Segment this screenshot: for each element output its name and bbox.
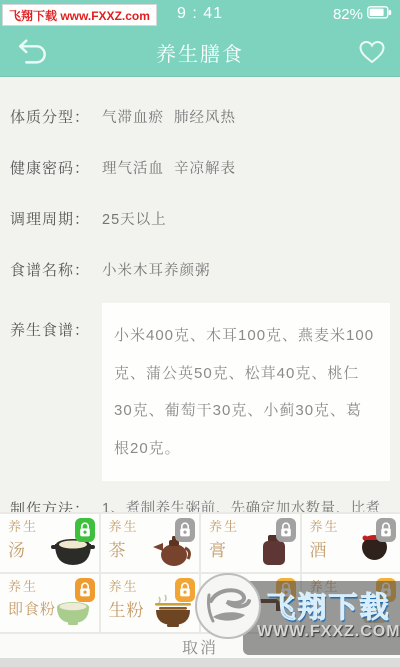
field-value: 气滞血瘀 肺经风热 — [102, 106, 236, 127]
tile-prefix: 养生 — [209, 580, 239, 593]
field-row-cycle: 调理周期： 25天以上 — [10, 193, 390, 244]
tile-prefix: 养生 — [310, 580, 340, 593]
ingredients-textbox[interactable]: 小米400克、木耳100克、燕麦米100克、蒲公英50克、松茸40克、桃仁30克… — [102, 303, 390, 481]
status-time: 9 : 41 — [177, 5, 223, 23]
tile-prefix: 养生 — [109, 520, 139, 533]
page-title: 养生膳食 — [156, 38, 244, 67]
unlock-badge — [75, 518, 95, 542]
cancel-button[interactable]: 取消 — [0, 634, 400, 658]
tile-name: 汤 — [8, 542, 38, 559]
back-button[interactable] — [14, 36, 48, 68]
field-label: 食谱名称： — [10, 259, 102, 280]
field-label: 健康密码： — [10, 157, 102, 178]
lock-badge — [175, 518, 195, 542]
field-row-ingredients: 养生食谱： 小米400克、木耳100克、燕麦米100克、蒲公英50克、松茸40克… — [10, 303, 390, 481]
tile-prefix: 养生 — [310, 520, 340, 533]
sheet-bottom-strip — [0, 658, 400, 667]
field-value: 小米木耳养颜粥 — [102, 259, 211, 280]
tile-obscured-2[interactable]: 养生 — [302, 574, 400, 632]
tile-text: 养生 茶 — [109, 520, 139, 559]
heart-icon — [356, 55, 388, 72]
tile-name: 膏 — [209, 542, 239, 559]
field-value: 理气活血 辛凉解表 — [102, 157, 236, 178]
field-value: 25天以上 — [102, 208, 167, 229]
tile-paste[interactable]: 养生 膏 — [201, 514, 300, 572]
tile-text: 养生 汤 — [8, 520, 38, 559]
field-row-health-code: 健康密码： 理气活血 辛凉解表 — [10, 142, 390, 193]
status-bar: 飞翔下载 www.FXXZ.com 9 : 41 82% — [0, 0, 400, 28]
lock-badge — [276, 518, 296, 542]
tile-wine[interactable]: 养生 酒 — [302, 514, 400, 572]
field-label: 体质分型： — [10, 106, 102, 127]
battery-percent: 82% — [333, 6, 363, 23]
battery-icon — [367, 6, 392, 23]
tile-prefix: 养生 — [8, 580, 56, 593]
watermark-chip-text: 飞翔下载 www.FXXZ.com — [9, 7, 150, 24]
tile-raw-powder[interactable]: 养生 生粉 — [101, 574, 200, 632]
tile-prefix: 养生 — [8, 520, 38, 533]
app-screen: 飞翔下载 www.FXXZ.com 9 : 41 82% — [0, 0, 400, 667]
nav-bar: 养生膳食 — [0, 28, 400, 77]
category-picker-sheet: 养生 汤 — [0, 512, 400, 667]
tile-text: 养生 — [310, 580, 340, 602]
lock-badge — [75, 578, 95, 602]
tile-text: 养生 酒 — [310, 520, 340, 559]
field-label: 调理周期： — [10, 208, 102, 229]
tile-instant-powder[interactable]: 养生 即食粉 — [0, 574, 99, 632]
tile-name: 茶 — [109, 542, 139, 559]
field-row-recipe-name: 食谱名称： 小米木耳养颜粥 — [10, 244, 390, 295]
status-right: 82% — [333, 0, 392, 28]
tile-prefix: 养生 — [109, 580, 145, 593]
field-row-constitution: 体质分型： 气滞血瘀 肺经风热 — [10, 91, 390, 142]
tile-name: 生粉 — [109, 602, 145, 619]
tile-text: 养生 生粉 — [109, 580, 145, 619]
tile-obscured-1[interactable]: 养生 — [201, 574, 300, 632]
tile-text: 养生 — [209, 580, 239, 602]
tile-prefix: 养生 — [209, 520, 239, 533]
tile-text: 养生 膏 — [209, 520, 239, 559]
category-grid: 养生 汤 — [0, 512, 400, 634]
tile-soup[interactable]: 养生 汤 — [0, 514, 99, 572]
tile-name: 酒 — [310, 542, 340, 559]
favorite-button[interactable] — [356, 36, 388, 68]
lock-badge — [276, 578, 296, 602]
lock-badge — [376, 518, 396, 542]
cancel-label: 取消 — [182, 635, 218, 658]
tile-name: 即食粉 — [8, 602, 56, 617]
field-label: 养生食谱： — [10, 303, 102, 340]
undo-arrow-icon — [14, 55, 48, 72]
lock-badge — [376, 578, 396, 602]
watermark-chip: 飞翔下载 www.FXXZ.com — [2, 4, 157, 26]
tile-tea[interactable]: 养生 茶 — [101, 514, 200, 572]
top-bar: 飞翔下载 www.FXXZ.com 9 : 41 82% — [0, 0, 400, 77]
lock-badge — [175, 578, 195, 602]
tile-text: 养生 即食粉 — [8, 580, 56, 617]
